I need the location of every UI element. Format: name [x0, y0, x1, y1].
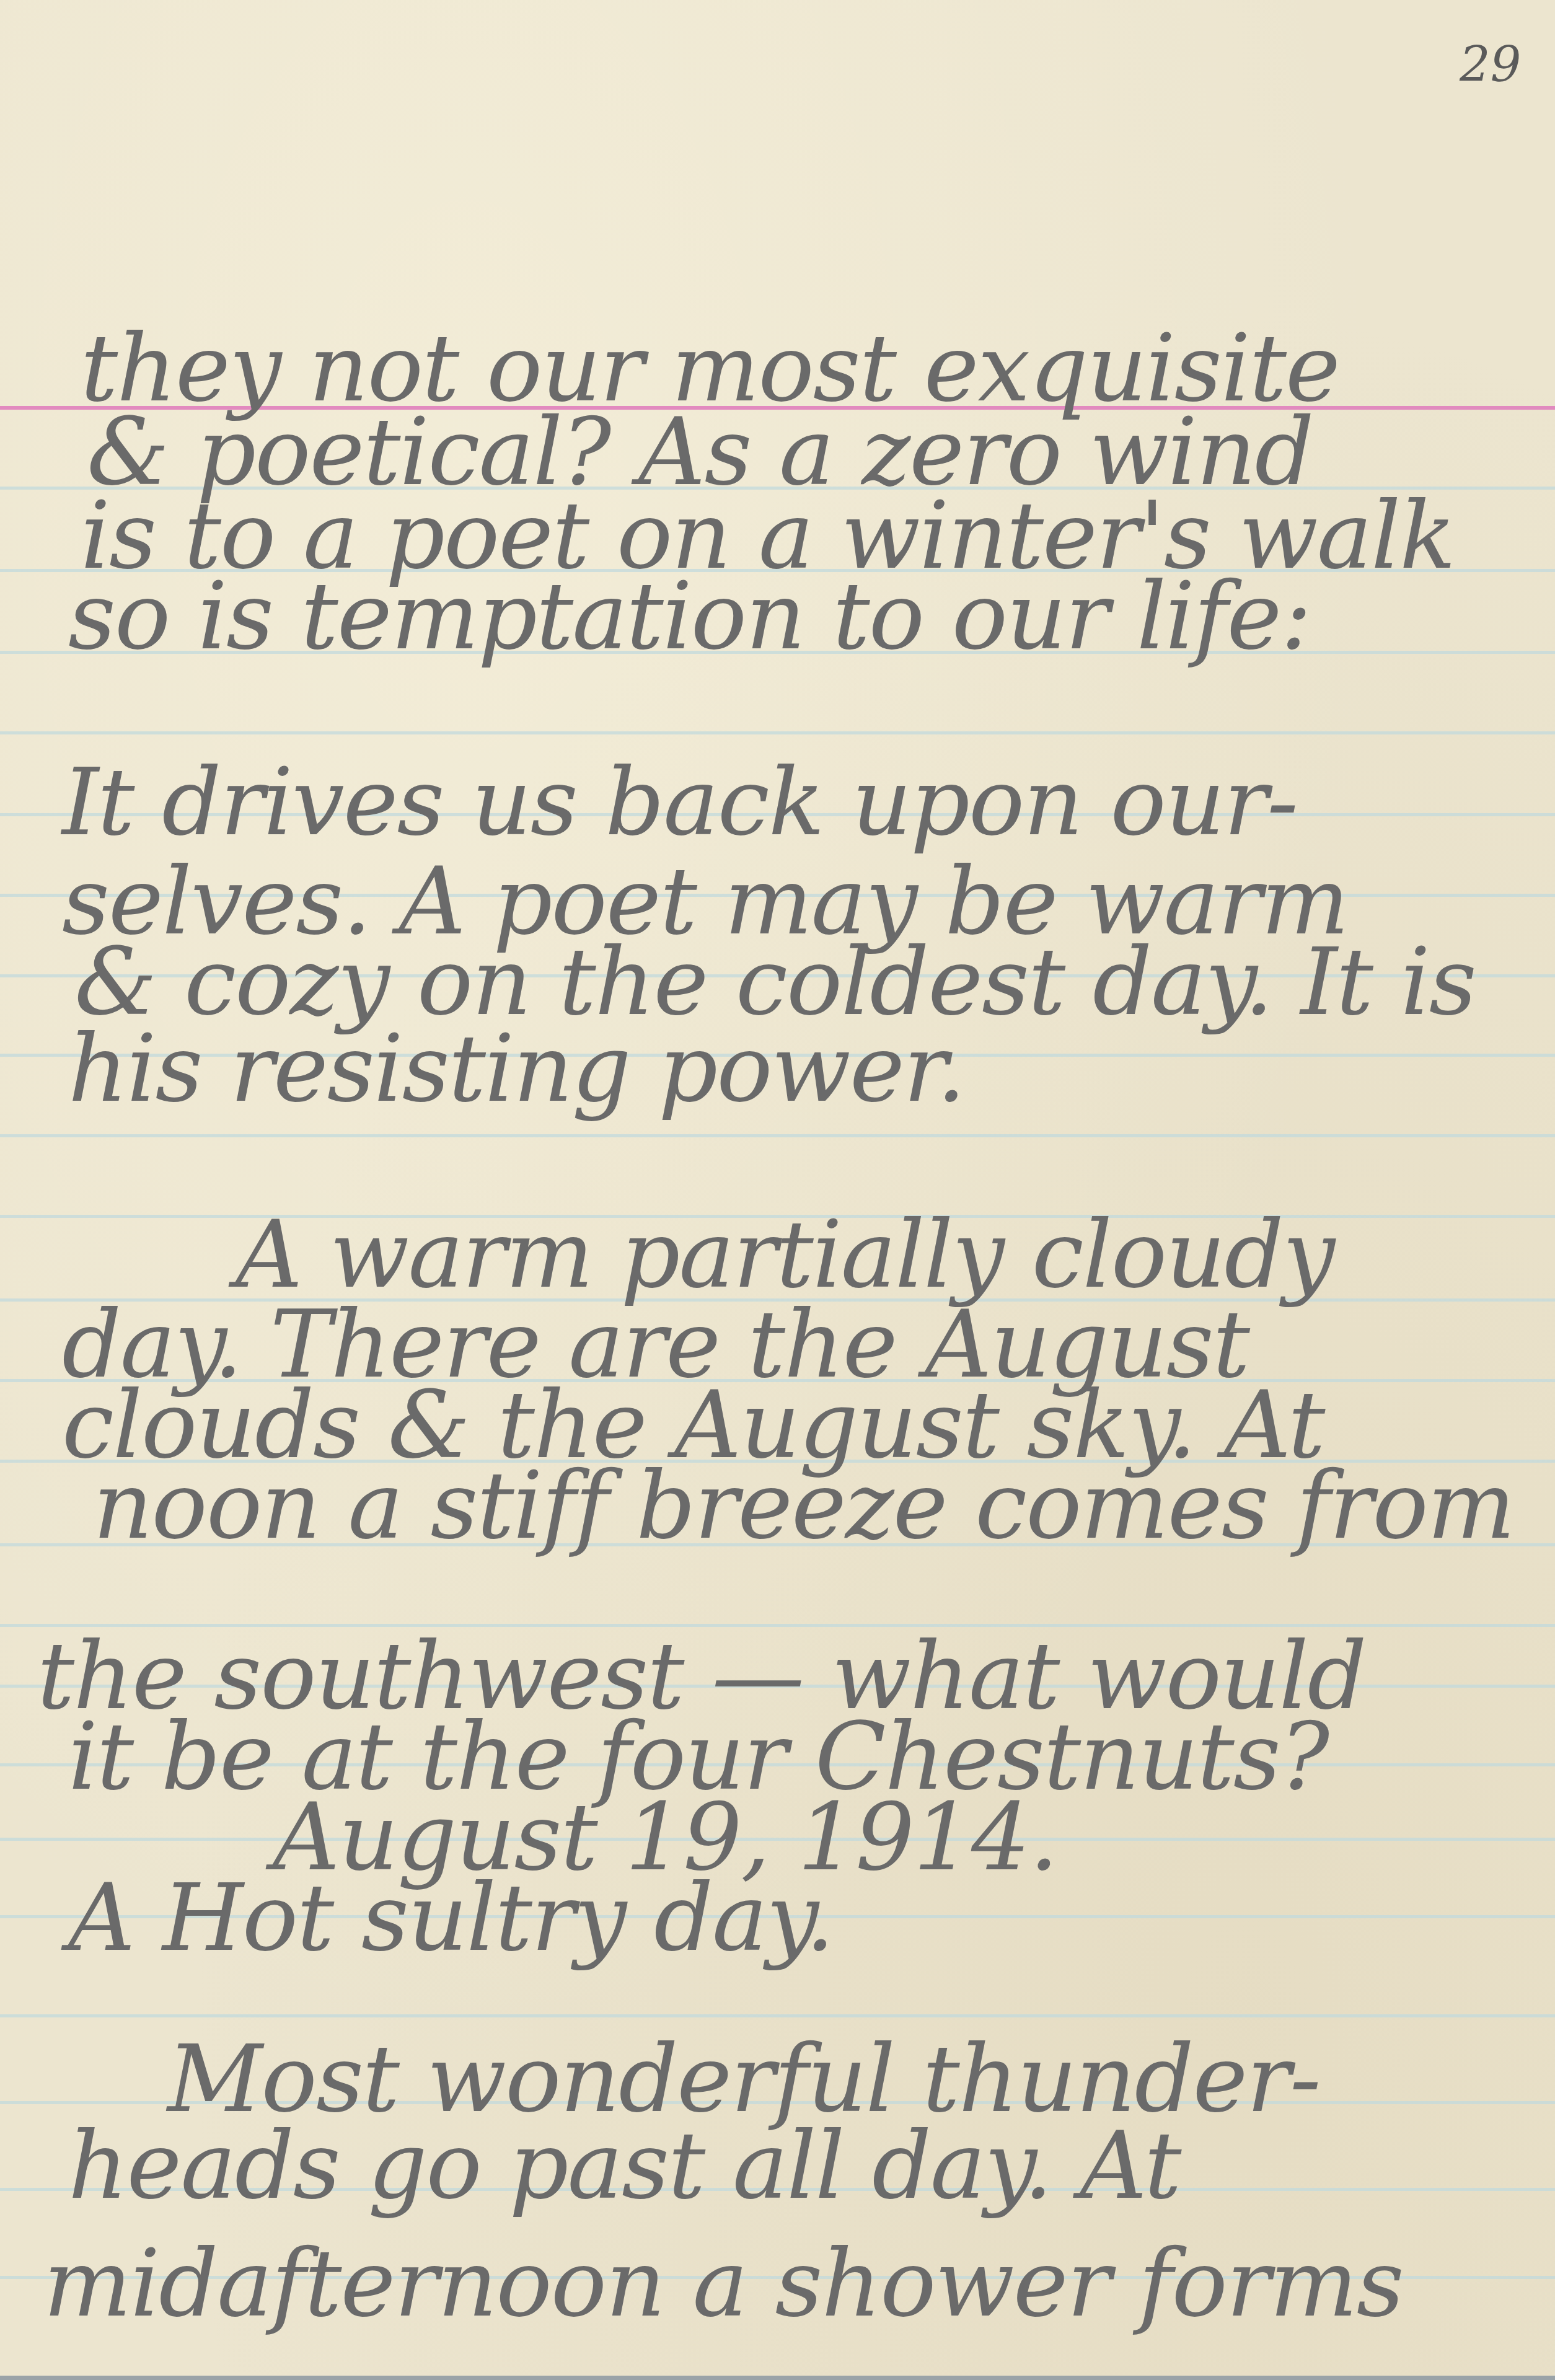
handwritten-line: midafternoon a shower forms [43, 2237, 1403, 2330]
scan-background-edge [0, 2376, 1555, 2380]
blue-rule [0, 731, 1555, 734]
blue-rule [0, 2014, 1555, 2017]
handwritten-line: A Hot sultry day. [68, 1872, 834, 1965]
handwritten-line: noon a stiff breeze comes from [93, 1460, 1514, 1553]
page-number: 29 [1460, 37, 1521, 93]
handwritten-line: his resisting power. [68, 1023, 965, 1116]
notebook-page: 29 they not our most exquisite & poetica… [0, 0, 1555, 2376]
blue-rule [0, 1134, 1555, 1137]
handwritten-line: It drives us back upon our- [62, 756, 1297, 849]
handwritten-line: so is temptation to our life: [68, 570, 1311, 663]
handwritten-line: A warm partially cloudy [236, 1209, 1334, 1302]
handwritten-line: heads go past all day. At [68, 2120, 1181, 2213]
